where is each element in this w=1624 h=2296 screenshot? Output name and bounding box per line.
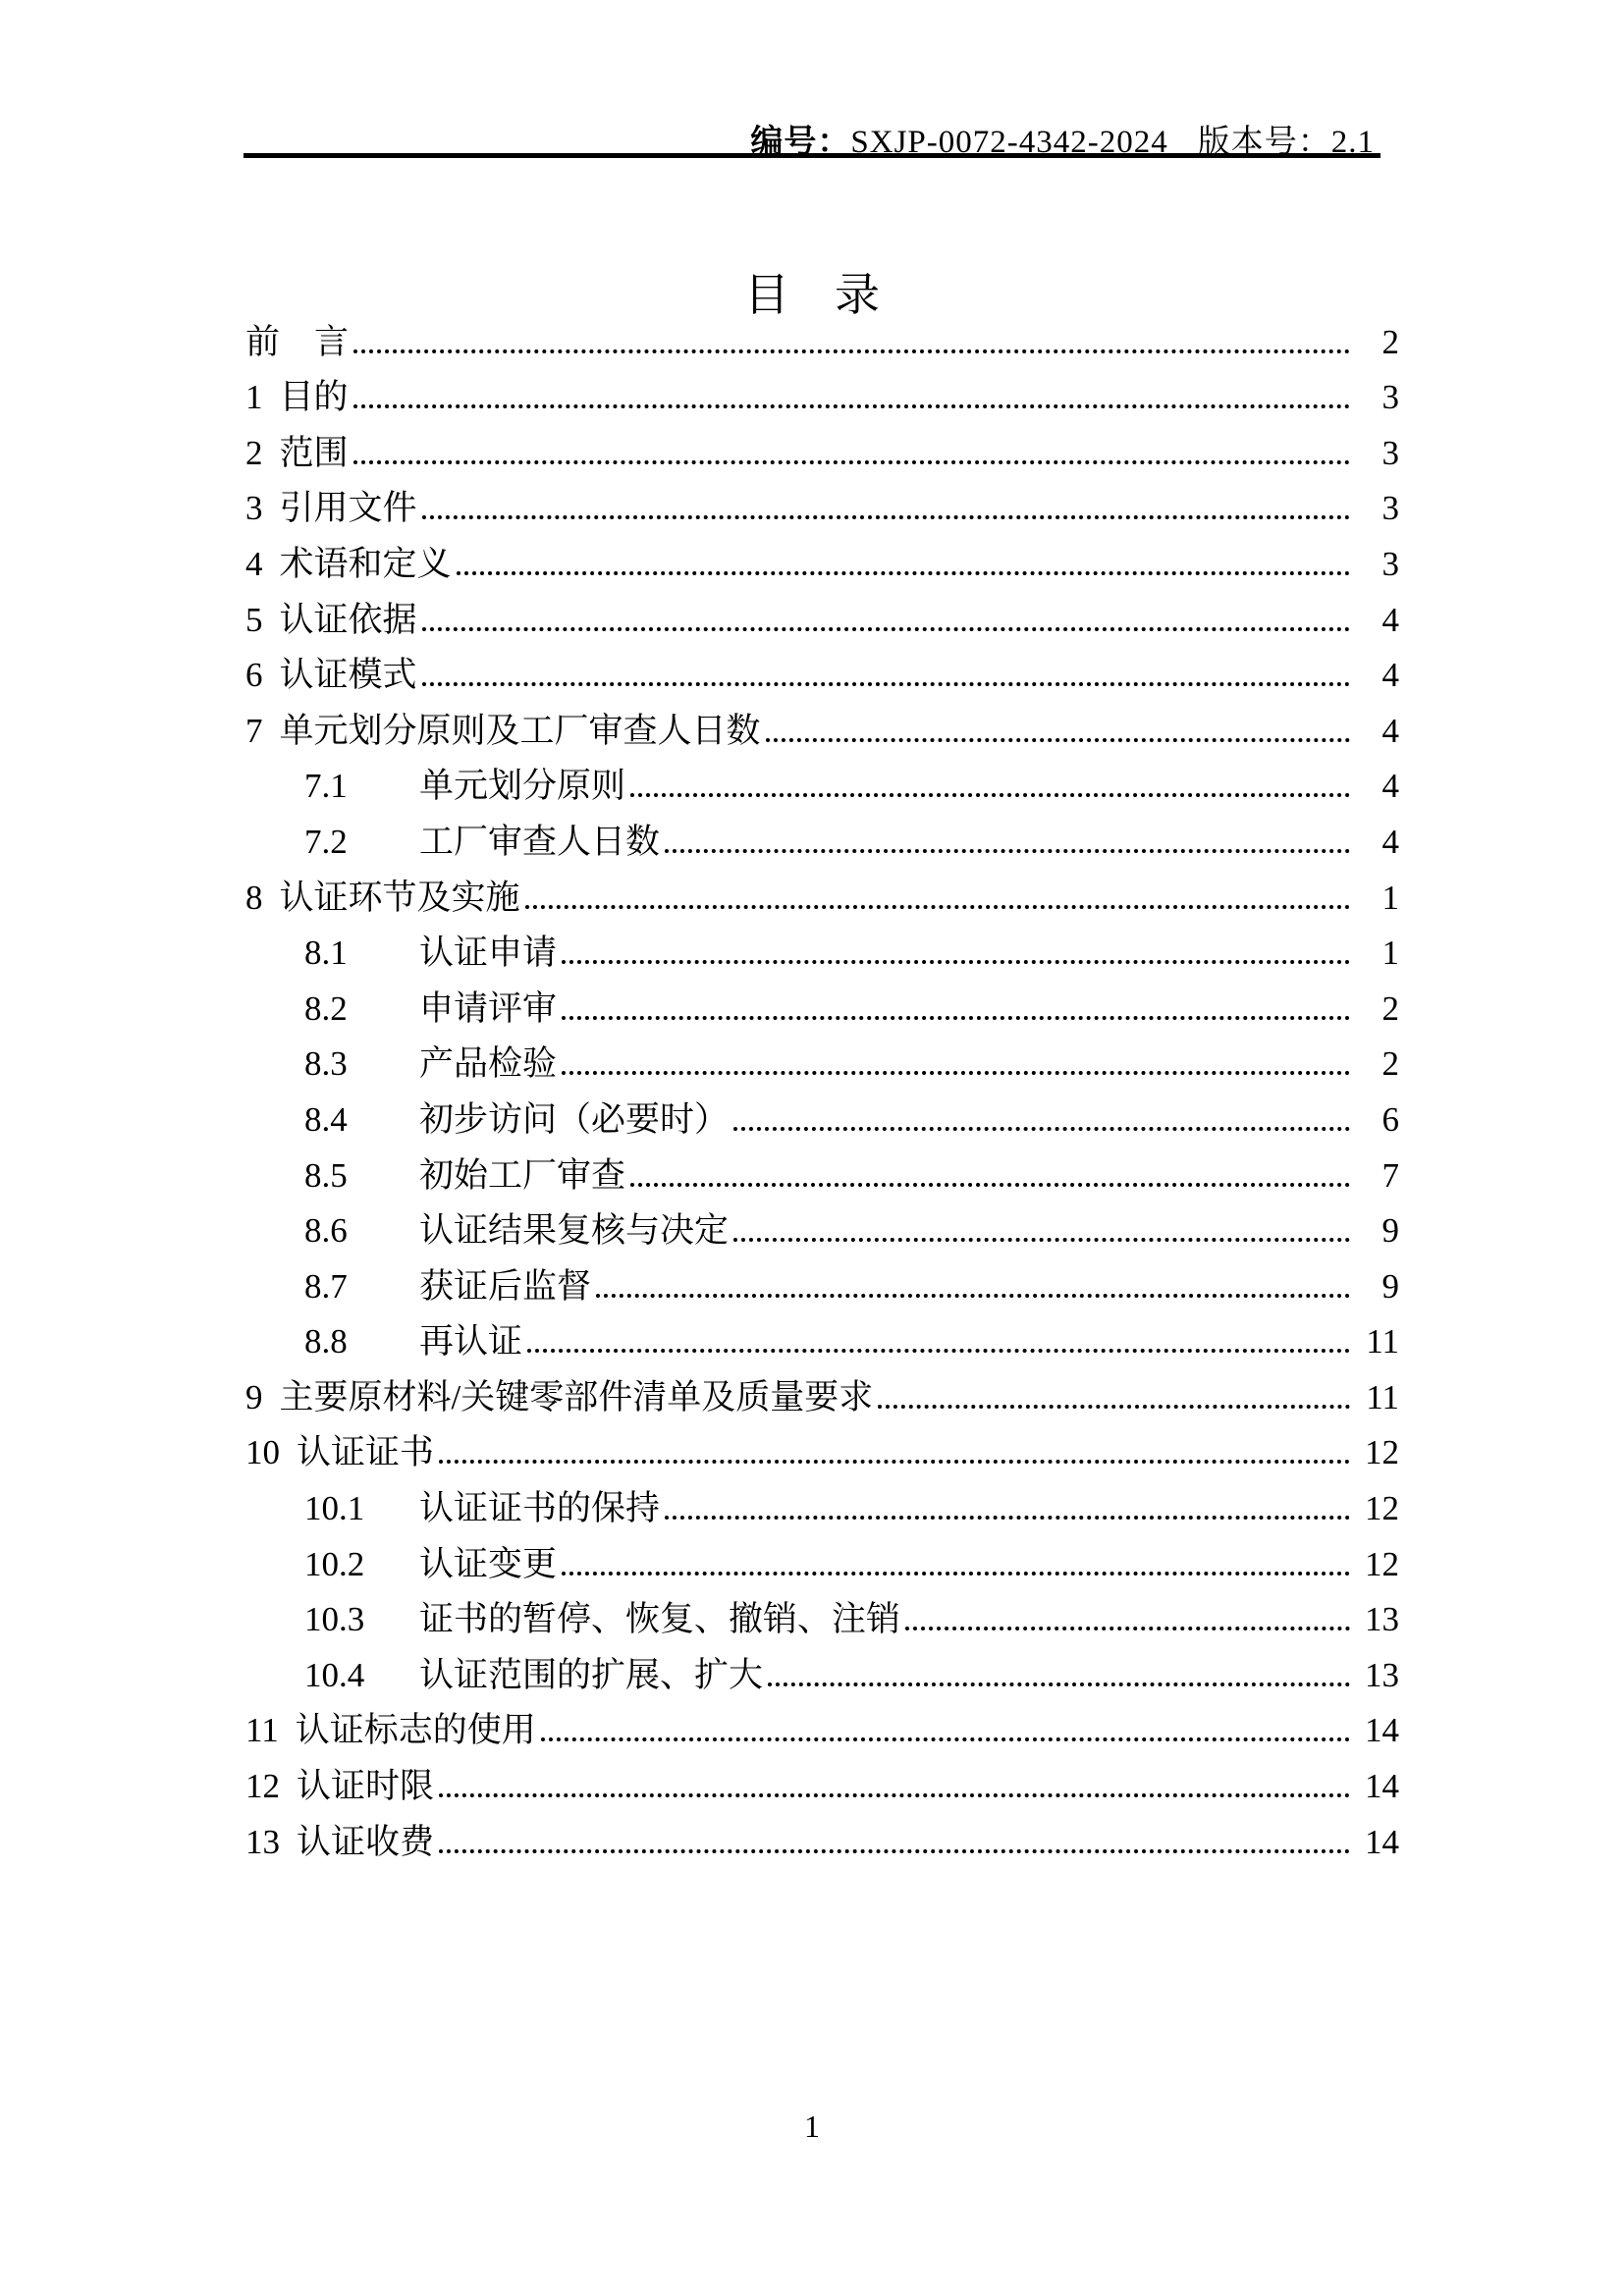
toc-entry: 8.4 初步访问（必要时） 6	[0, 1090, 1624, 1146]
toc-dot-leader	[905, 1627, 1350, 1630]
toc-dot-leader	[457, 571, 1350, 575]
toc-dot-leader	[439, 1460, 1350, 1464]
toc-entry-page-number: 12	[1358, 1431, 1399, 1474]
toc-entry-number: 8.3	[304, 1042, 419, 1086]
toc-entry-number: 1	[245, 376, 263, 419]
toc-entry: 9 主要原材料/关键零部件清单及质量要求 11	[0, 1367, 1624, 1423]
toc-entry-number: 2	[245, 432, 263, 475]
toc-entry-page-number: 3	[1358, 543, 1399, 586]
toc-entry-page-number: 4	[1358, 765, 1399, 808]
toc-entry-number: 4	[245, 543, 263, 586]
toc-entry-title: 证书的暂停、恢复、撤销、注销	[419, 1598, 900, 1641]
toc-entry: 8.6 认证结果复核与决定 9	[0, 1201, 1624, 1257]
toc-entry-title: 初步访问（必要时）	[419, 1098, 729, 1142]
toc-entry: 10.3 证书的暂停、恢复、撤销、注销 13	[0, 1590, 1624, 1646]
toc-entry-page-number: 7	[1358, 1154, 1399, 1198]
toc-entry: 8.8 再认证 11	[0, 1312, 1624, 1368]
toc-entry-number: 7.2	[304, 821, 419, 864]
toc-entry-number: 8.6	[304, 1209, 419, 1253]
toc-entry: 2 范围 3	[0, 423, 1624, 479]
toc-entry-title: 认证依据	[280, 599, 417, 642]
toc-entry: 10.4 认证范围的扩展、扩大 13	[0, 1645, 1624, 1701]
toc-entry-page-number: 11	[1358, 1376, 1399, 1419]
toc-entry-number: 10	[245, 1431, 280, 1474]
toc-entry-page-number: 4	[1358, 654, 1399, 697]
toc-entry-page-number: 6	[1358, 1098, 1399, 1142]
toc-dot-leader	[562, 1572, 1350, 1575]
toc-entry-page-number: 1	[1358, 877, 1399, 920]
toc-entry-page-number: 11	[1358, 1320, 1399, 1363]
toc-entry: 11 认证标志的使用 14	[0, 1701, 1624, 1757]
toc-entry-number: 8.1	[304, 932, 419, 975]
toc-dot-leader	[422, 515, 1350, 519]
toc-entry-page-number: 1	[1358, 932, 1399, 975]
toc-dot-leader	[541, 1737, 1350, 1741]
toc-entry-number: 3	[245, 487, 263, 530]
toc-entry-title: 认证结果复核与决定	[419, 1209, 729, 1253]
toc-dot-leader	[665, 849, 1350, 853]
toc-entry: 7.2 工厂审查人日数 4	[0, 812, 1624, 868]
toc-entry: 7 单元划分原则及工厂审查人日数 4	[0, 701, 1624, 757]
toc-entry-page-number: 12	[1358, 1487, 1399, 1530]
toc-dot-leader	[527, 1349, 1350, 1353]
toc-entry: 8.5 初始工厂审查 7	[0, 1146, 1624, 1201]
toc-entry: 7.1 单元划分原则 4	[0, 757, 1624, 813]
toc-entry-title: 单元划分原则	[419, 765, 625, 808]
toc-dot-leader	[525, 905, 1350, 909]
toc-entry-number: 13	[245, 1821, 280, 1864]
toc-entry-title: 目的	[280, 376, 349, 419]
toc-entry-number: 8.2	[304, 988, 419, 1031]
toc-entry: 8.7 获证后监督 9	[0, 1256, 1624, 1312]
document-header: 编号：SXJP-0072-4342-2024版本号：2.1	[0, 80, 1375, 204]
toc-entry-title: 初始工厂审查	[419, 1154, 625, 1198]
toc-entry: 13 认证收费 14	[0, 1812, 1624, 1868]
toc-dot-leader	[630, 1183, 1350, 1187]
toc-entry-page-number: 3	[1358, 376, 1399, 419]
toc-dot-leader	[422, 627, 1350, 631]
toc-entry-number: 9	[245, 1376, 263, 1419]
toc-entry: 8.2 申请评审 2	[0, 979, 1624, 1035]
toc-entry: 12 认证时限 14	[0, 1756, 1624, 1812]
toc-entry-page-number: 14	[1358, 1709, 1399, 1752]
toc-dot-leader	[878, 1405, 1350, 1409]
toc-entry-title: 认证范围的扩展、扩大	[419, 1654, 763, 1697]
toc-entry-title: 认证变更	[419, 1543, 557, 1586]
toc-dot-leader	[768, 1682, 1350, 1686]
toc-entry: 3 引用文件 3	[0, 479, 1624, 535]
toc-entry-number: 10.3	[304, 1598, 419, 1641]
toc-entry-page-number: 9	[1358, 1265, 1399, 1308]
toc-entry-number: 6	[245, 654, 263, 697]
toc-entry-title: 认证证书的保持	[419, 1487, 660, 1530]
toc-entry-title: 主要原材料/关键零部件清单及质量要求	[280, 1376, 874, 1419]
toc-entry-page-number: 4	[1358, 821, 1399, 864]
toc-dot-leader	[766, 738, 1350, 742]
footer-page-number: 1	[0, 2107, 1624, 2146]
toc-entry-number: 8.7	[304, 1265, 419, 1308]
toc-entry-title: 前 言	[245, 321, 349, 364]
toc-entry-title: 引用文件	[280, 487, 417, 530]
toc-entry-number: 8.5	[304, 1154, 419, 1198]
toc-entry: 10.2 认证变更 12	[0, 1534, 1624, 1590]
toc-dot-leader	[353, 460, 1350, 464]
toc-entry-page-number: 4	[1358, 710, 1399, 753]
toc-entry-number: 10.2	[304, 1543, 419, 1586]
document-page: 编号：SXJP-0072-4342-2024版本号：2.1 目 录 前 言 2 …	[0, 0, 1624, 2296]
toc-dot-leader	[562, 1071, 1350, 1075]
toc-dot-leader	[353, 349, 1350, 353]
toc-dot-leader	[353, 404, 1350, 408]
toc-entry-title: 认证证书	[297, 1431, 434, 1474]
toc-entry-page-number: 2	[1358, 988, 1399, 1031]
toc-dot-leader	[439, 1849, 1350, 1853]
toc-entry-title: 申请评审	[419, 988, 557, 1031]
toc-entry: 10 认证证书 12	[0, 1423, 1624, 1479]
toc-entry-page-number: 14	[1358, 1765, 1399, 1808]
toc-entry-page-number: 13	[1358, 1598, 1399, 1641]
toc-entry-number: 11	[245, 1709, 279, 1752]
toc-entry-page-number: 12	[1358, 1543, 1399, 1586]
toc-entry-title: 术语和定义	[280, 543, 452, 586]
toc-dot-leader	[562, 1016, 1350, 1020]
toc-entry-title: 获证后监督	[419, 1265, 591, 1308]
toc-dot-leader	[422, 682, 1350, 686]
toc-entry-number: 8	[245, 877, 263, 920]
toc-entry-number: 7	[245, 710, 263, 753]
toc-entry-page-number: 9	[1358, 1209, 1399, 1253]
toc-entry-number: 8.8	[304, 1320, 419, 1363]
toc-entry-title: 认证收费	[297, 1821, 434, 1864]
toc-entry: 8.3 产品检验 2	[0, 1035, 1624, 1091]
toc-entry-page-number: 3	[1358, 432, 1399, 475]
toc-entry: 4 术语和定义 3	[0, 534, 1624, 590]
toc-entry-title: 认证时限	[297, 1765, 434, 1808]
toc-entry-number: 8.4	[304, 1098, 419, 1142]
toc-entry-page-number: 3	[1358, 487, 1399, 530]
toc-entry-number: 7.1	[304, 765, 419, 808]
toc-entry-title: 单元划分原则及工厂审查人日数	[280, 710, 761, 753]
toc-entry: 5 认证依据 4	[0, 590, 1624, 646]
toc-entry-page-number: 2	[1358, 321, 1399, 364]
toc-entry-title: 产品检验	[419, 1042, 557, 1086]
toc-entry: 8 认证环节及实施 1	[0, 868, 1624, 924]
toc-entry-number: 10.1	[304, 1487, 419, 1530]
toc-entry-page-number: 2	[1358, 1042, 1399, 1086]
toc-entry-number: 10.4	[304, 1654, 419, 1697]
table-of-contents: 前 言 2 1 目的 3 2 范围 3 3 引用文件	[0, 312, 1624, 1868]
toc-entry-number: 12	[245, 1765, 280, 1808]
toc-entry-title: 认证模式	[280, 654, 417, 697]
toc-dot-leader	[596, 1294, 1350, 1298]
toc-entry-title: 工厂审查人日数	[419, 821, 660, 864]
toc-entry-number: 5	[245, 599, 263, 642]
header-divider-rule	[244, 153, 1380, 158]
toc-entry-page-number: 14	[1358, 1821, 1399, 1864]
toc-entry-title: 范围	[280, 432, 349, 475]
toc-entry-title: 认证环节及实施	[280, 877, 520, 920]
toc-entry-page-number: 4	[1358, 599, 1399, 642]
toc-entry-title: 再认证	[419, 1320, 522, 1363]
toc-dot-leader	[630, 793, 1350, 797]
toc-dot-leader	[733, 1238, 1350, 1242]
toc-entry: 10.1 认证证书的保持 12	[0, 1478, 1624, 1534]
toc-dot-leader	[665, 1516, 1350, 1520]
toc-entry: 前 言 2	[0, 312, 1624, 368]
toc-entry-title: 认证申请	[419, 932, 557, 975]
toc-entry: 6 认证模式 4	[0, 646, 1624, 702]
toc-entry: 8.1 认证申请 1	[0, 924, 1624, 980]
toc-dot-leader	[733, 1127, 1350, 1131]
toc-dot-leader	[439, 1793, 1350, 1797]
toc-entry-page-number: 13	[1358, 1654, 1399, 1697]
toc-entry: 1 目的 3	[0, 368, 1624, 424]
toc-dot-leader	[562, 960, 1350, 964]
toc-entry-title: 认证标志的使用	[296, 1709, 536, 1752]
